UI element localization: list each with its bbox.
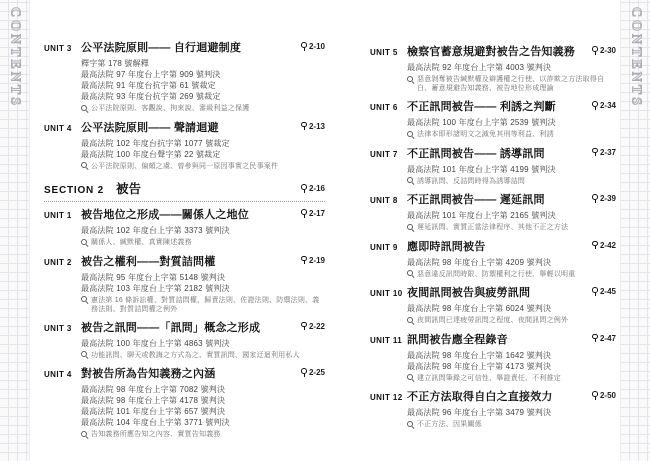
unit-title: 不正訊問被告—— 遲延訊問 <box>407 194 586 207</box>
keyword-text: 建立訊問筆錄之可信性、舉證責任、不利推定 <box>417 374 561 383</box>
case-reference: 釋字第 178 號解釋 <box>81 58 325 69</box>
magnifier-icon <box>407 317 415 326</box>
magnifier-icon <box>81 105 89 114</box>
pin-icon <box>301 122 307 131</box>
keyword-line: 告知義務所應告知之內容、實質告知義務 <box>81 430 325 440</box>
pin-icon <box>301 256 307 265</box>
toc-entry: UNIT 3公平法院原則—— 自行迴避制度2-10釋字第 178 號解釋最高法院… <box>44 42 325 114</box>
magnifier-icon <box>407 224 415 233</box>
toc-entry: UNIT 7不正訊問被告—— 誘導訊問2-37最高法院 101 年度台上字第 4… <box>370 148 616 187</box>
page-reference: 2-10 <box>301 42 325 51</box>
unit-title: 公平法院原則—— 自行迴避制度 <box>81 42 295 55</box>
unit-label: UNIT 6 <box>370 103 407 112</box>
toc-entry: UNIT 5檢察官蓄意規避對被告之告知義務2-30最高法院 92 年度台上字第 … <box>370 46 616 93</box>
page-reference: 2-22 <box>301 322 325 331</box>
page-reference: 2-45 <box>592 287 616 296</box>
pin-icon <box>592 287 598 296</box>
keyword-line: 遲延訊問、實質正當法律程序、其他不正之方法 <box>407 223 616 233</box>
toc-entry: UNIT 11訊問被告應全程錄音2-47最高法院 98 年度台上字第 1642 … <box>370 334 616 384</box>
case-reference: 最高法院 98 年度台上字第 4173 號判決 <box>407 361 616 372</box>
page-reference: 2-42 <box>592 241 616 250</box>
unit-title: 被告地位之形成——關係人之地位 <box>81 209 295 222</box>
toc-entry: UNIT 2被告之權利——對質詰問權2-19最高法院 95 年度台上字第 514… <box>44 256 325 314</box>
toc-entry: UNIT 9應即時訊問被告2-42最高法院 98 年度台上字第 4209 號判決… <box>370 241 616 280</box>
toc-entry: UNIT 1被告地位之形成——關係人之地位2-17最高法院 102 年度台上字第… <box>44 209 325 248</box>
page-number: 2-50 <box>600 391 616 400</box>
unit-title: 被告之訊問——「訊問」概念之形成 <box>81 322 295 335</box>
pin-icon <box>592 241 598 250</box>
keyword-line: 法律本即形諸明文之減免其刑等利益、利誘 <box>407 130 616 140</box>
keyword-line: 誘導訊問、反詰問時得為誘導詰問 <box>407 177 616 187</box>
magnifier-icon <box>81 296 89 305</box>
magnifier-icon <box>407 421 415 430</box>
keyword-line: 不正方法、因果關係 <box>407 420 616 430</box>
pin-icon <box>301 184 307 193</box>
page-number: 2-17 <box>309 209 325 218</box>
unit-label: UNIT 3 <box>44 324 81 333</box>
case-reference: 最高法院 98 年度台上字第 4209 號判決 <box>407 257 616 268</box>
keyword-text: 功能訊問、聊天或教誨之方式為之、實質訊問、國家迂迴利用私人 <box>91 351 300 360</box>
unit-label: UNIT 7 <box>370 150 407 159</box>
page-number: 2-30 <box>600 46 616 55</box>
magnifier-icon <box>407 374 415 383</box>
unit-label: UNIT 4 <box>44 124 81 133</box>
toc-entry: UNIT 10夜間訊問被告與疲勞訊問2-45最高法院 98 年度台上字第 602… <box>370 287 616 326</box>
toc-entry: UNIT 4公平法院原則—— 聲請迴避2-13最高法院 102 年度台抗字第 1… <box>44 122 325 172</box>
keyword-text: 不正方法、因果關係 <box>417 420 482 429</box>
page-number: 2-25 <box>309 368 325 377</box>
case-reference: 最高法院 97 年度台上字第 909 號判決 <box>81 69 325 80</box>
page-reference: 2-50 <box>592 391 616 400</box>
page-number: 2-42 <box>600 241 616 250</box>
case-reference: 最高法院 98 年度台上字第 6024 號判決 <box>407 303 616 314</box>
unit-label: UNIT 8 <box>370 196 407 205</box>
case-reference: 最高法院 98 年度台上字第 4178 號判決 <box>81 395 325 406</box>
case-reference: 最高法院 101 年度台上字第 657 號判決 <box>81 406 325 417</box>
case-reference: 最高法院 100 年度台上字第 2539 號判決 <box>407 117 616 128</box>
keyword-line: 關係人、緘默權、真實陳述義務 <box>81 238 325 248</box>
pin-icon <box>592 334 598 343</box>
keyword-text: 夜間訊問已達疲勞訊問之程度、夜間訊問之例外 <box>417 316 568 325</box>
case-reference: 最高法院 100 年度台聲字第 22 號裁定 <box>81 149 325 160</box>
keyword-text: 惡意剝奪被告緘默權及辯護權之行使、以詐欺之方法取得自白、蓄意規避告知義務、被告地… <box>417 75 616 93</box>
case-reference: 最高法院 91 年度台抗字第 61 號裁定 <box>81 80 325 91</box>
magnifier-icon <box>81 351 89 360</box>
magnifier-icon <box>81 162 89 171</box>
grid-paper-edge-left: CONTENTS <box>0 0 30 461</box>
pin-icon <box>592 194 598 203</box>
section-divider <box>44 201 325 202</box>
case-reference: 最高法院 101 年度台上字第 4199 號判決 <box>407 164 616 175</box>
unit-label: UNIT 11 <box>370 336 407 345</box>
pin-icon <box>592 148 598 157</box>
page-reference: 2-13 <box>301 122 325 131</box>
unit-title: 不正方法取得自白之直接效力 <box>407 391 586 404</box>
page-reference: 2-39 <box>592 194 616 203</box>
unit-title: 公平法院原則—— 聲請迴避 <box>81 122 295 135</box>
page-reference: 2-17 <box>301 209 325 218</box>
page-reference: 2-37 <box>592 148 616 157</box>
keyword-line: 公平法院原則、客觀說、拘束說、審級利益之保護 <box>81 104 325 114</box>
unit-label: UNIT 4 <box>44 370 81 379</box>
magnifier-icon <box>407 76 415 85</box>
page-number: 2-37 <box>600 148 616 157</box>
pin-icon <box>301 42 307 51</box>
toc-entry: UNIT 3被告之訊問——「訊問」概念之形成2-22最高法院 100 年度台上字… <box>44 322 325 361</box>
toc-page-left: UNIT 3公平法院原則—— 自行迴避制度2-10釋字第 178 號解釋最高法院… <box>44 42 325 448</box>
unit-label: UNIT 1 <box>44 211 81 220</box>
pin-icon <box>592 101 598 110</box>
page-number: 2-34 <box>600 101 616 110</box>
unit-label: UNIT 3 <box>44 44 81 53</box>
page-number: 2-19 <box>309 256 325 265</box>
unit-label: UNIT 2 <box>44 258 81 267</box>
unit-label: UNIT 10 <box>370 289 407 298</box>
keyword-line: 憲法第 16 條訴訟權、對質詰問權、歸責法則、佐證法則、防禦法則、義務法則、對質… <box>81 296 325 314</box>
case-reference: 最高法院 104 年度台上字第 3771 號判決 <box>81 417 325 428</box>
pin-icon <box>301 368 307 377</box>
unit-title: 不正訊問被告—— 誘導訊問 <box>407 148 586 161</box>
keyword-line: 建立訊問筆錄之可信性、舉證責任、不利推定 <box>407 374 616 384</box>
keyword-text: 遲延訊問、實質正當法律程序、其他不正之方法 <box>417 223 568 232</box>
pin-icon <box>592 391 598 400</box>
case-reference: 最高法院 102 年度台上字第 3373 號判決 <box>81 225 325 236</box>
case-reference: 最高法院 98 年度台上字第 7082 號判決 <box>81 384 325 395</box>
magnifier-icon <box>81 239 89 248</box>
keyword-text: 憲法第 16 條訴訟權、對質詰問權、歸責法則、佐證法則、防禦法則、義務法則、對質… <box>91 296 325 314</box>
keyword-text: 公平法院原則、偏頗之虞、曾參與同一原因事實之民事案件 <box>91 162 278 171</box>
page-reference: 2-19 <box>301 256 325 265</box>
case-reference: 最高法院 98 年度台上字第 1642 號判決 <box>407 350 616 361</box>
toc-entry: UNIT 6不正訊問被告—— 利誘之判斷2-34最高法院 100 年度台上字第 … <box>370 101 616 140</box>
toc-entry: UNIT 8不正訊問被告—— 遲延訊問2-39最高法院 101 年度台上字第 2… <box>370 194 616 233</box>
grid-paper-edge-right: CONTENTS <box>620 0 650 461</box>
page-number: 2-47 <box>600 334 616 343</box>
section-heading: SECTION 2被告2-16 <box>44 179 325 202</box>
case-reference: 最高法院 101 年度台上字第 2165 號判決 <box>407 210 616 221</box>
keyword-text: 告知義務所應告知之內容、實質告知義務 <box>91 430 221 439</box>
unit-title: 檢察官蓄意規避對被告之告知義務 <box>407 46 586 59</box>
keyword-text: 公平法院原則、客觀說、拘束說、審級利益之保護 <box>91 104 249 113</box>
page-number: 2-16 <box>309 184 325 193</box>
section-title: 被告 <box>116 179 295 197</box>
case-reference: 最高法院 96 年度台上字第 3479 號判決 <box>407 407 616 418</box>
magnifier-icon <box>81 431 89 440</box>
toc-entry: UNIT 12不正方法取得自白之直接效力2-50最高法院 96 年度台上字第 3… <box>370 391 616 430</box>
pin-icon <box>301 209 307 218</box>
page-reference: 2-34 <box>592 101 616 110</box>
keyword-line: 公平法院原則、偏頗之虞、曾參與同一原因事實之民事案件 <box>81 162 325 172</box>
keyword-text: 關係人、緘默權、真實陳述義務 <box>91 238 192 247</box>
unit-title: 對被告所為告知義務之內涵 <box>81 368 295 381</box>
unit-title: 應即時訊問被告 <box>407 241 586 254</box>
toc-page-right: UNIT 5檢察官蓄意規避對被告之告知義務2-30最高法院 92 年度台上字第 … <box>370 46 616 438</box>
section-label: SECTION 2 <box>44 185 104 196</box>
unit-title: 被告之權利——對質詰問權 <box>81 256 295 269</box>
magnifier-icon <box>407 177 415 186</box>
contents-vertical-label-left: CONTENTS <box>7 7 23 108</box>
page-number: 2-13 <box>309 122 325 131</box>
page-reference: 2-16 <box>301 184 325 193</box>
unit-title: 訊問被告應全程錄音 <box>407 334 586 347</box>
keyword-line: 惡意剝奪被告緘默權及辯護權之行使、以詐欺之方法取得自白、蓄意規避告知義務、被告地… <box>407 75 616 93</box>
unit-title: 夜間訊問被告與疲勞訊問 <box>407 287 586 300</box>
keyword-line: 惡意違反訊問時限、防禦權利之行使、舉輕以明重 <box>407 270 616 280</box>
keyword-text: 惡意違反訊問時限、防禦權利之行使、舉輕以明重 <box>417 270 575 279</box>
keyword-line: 夜間訊問已達疲勞訊問之程度、夜間訊問之例外 <box>407 316 616 326</box>
unit-label: UNIT 9 <box>370 243 407 252</box>
unit-label: UNIT 12 <box>370 393 407 402</box>
page-number: 2-39 <box>600 194 616 203</box>
case-reference: 最高法院 93 年度台抗字第 269 號裁定 <box>81 91 325 102</box>
case-reference: 最高法院 102 年度台抗字第 1077 號裁定 <box>81 138 325 149</box>
magnifier-icon <box>407 270 415 279</box>
case-reference: 最高法院 103 年度台上字第 2182 號判決 <box>81 283 325 294</box>
unit-title: 不正訊問被告—— 利誘之判斷 <box>407 101 586 114</box>
toc-entry: UNIT 4對被告所為告知義務之內涵2-25最高法院 98 年度台上字第 708… <box>44 368 325 440</box>
page-reference: 2-25 <box>301 368 325 377</box>
case-reference: 最高法院 100 年度台上字第 4863 號判決 <box>81 338 325 349</box>
case-reference: 最高法院 92 年度台上字第 4003 號判決 <box>407 62 616 73</box>
page-number: 2-22 <box>309 322 325 331</box>
keyword-text: 法律本即形諸明文之減免其刑等利益、利誘 <box>417 130 554 139</box>
pin-icon <box>301 322 307 331</box>
page-number: 2-45 <box>600 287 616 296</box>
case-reference: 最高法院 95 年度台上字第 5148 號判決 <box>81 272 325 283</box>
magnifier-icon <box>407 131 415 140</box>
keyword-text: 誘導訊問、反詰問時得為誘導詰問 <box>417 177 525 186</box>
page-reference: 2-47 <box>592 334 616 343</box>
page-reference: 2-30 <box>592 46 616 55</box>
unit-label: UNIT 5 <box>370 48 407 57</box>
keyword-line: 功能訊問、聊天或教誨之方式為之、實質訊問、國家迂迴利用私人 <box>81 351 325 361</box>
contents-vertical-label-right: CONTENTS <box>628 7 644 108</box>
pin-icon <box>592 46 598 55</box>
page-number: 2-10 <box>309 42 325 51</box>
